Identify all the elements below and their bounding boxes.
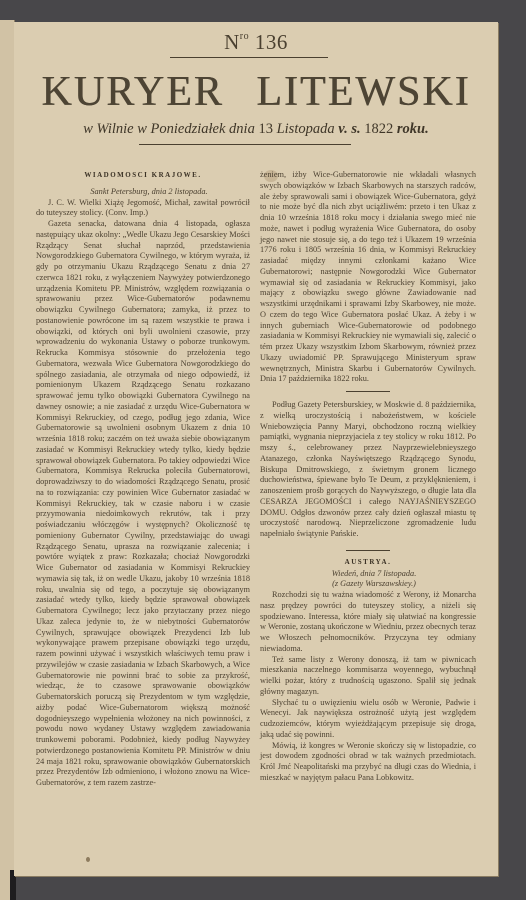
dateline-suffix: roku. xyxy=(397,121,429,137)
issue-number-suffix: ro xyxy=(240,31,249,42)
article-separator xyxy=(346,550,390,551)
article-separator xyxy=(346,391,390,392)
right-column: żeniem, iżby Wice-Gubernatorowie nie wkł… xyxy=(260,170,476,784)
article-paragraph: Podług Gazety Petersburskiey, w Moskwie … xyxy=(260,400,476,540)
issue-number: Nro 136 xyxy=(14,30,498,55)
dateline-style: v. s. xyxy=(338,121,360,137)
article-paragraph: Rozchodzi się tu ważna wiadomość z Weron… xyxy=(260,590,476,655)
article-paragraph: Mówią, iż kongres w Weronie skończy się … xyxy=(260,741,476,784)
left-column: WIADOMOSCI KRAJOWE. Sankt Petersburg, dn… xyxy=(36,170,250,789)
dateline-year: 1822 xyxy=(364,121,393,137)
newspaper-page: Nro 136 KURYER LITEWSKI w Wilnie w Ponie… xyxy=(14,22,498,876)
newspaper-title: KURYER LITEWSKI xyxy=(14,68,498,116)
place-dateline: Wiedeń, dnia 7 listopada. xyxy=(260,569,476,580)
place-dateline: Sankt Petersburg, dnia 2 listopada. xyxy=(36,187,250,198)
dateline-month: Listopada xyxy=(277,121,335,137)
article-paragraph: Słychać tu o uwięzieniu wielu osób w Wer… xyxy=(260,698,476,741)
dateline: w Wilnie w Poniedziałek dnia 13 Listopad… xyxy=(14,121,498,138)
masthead-rule-bottom xyxy=(139,144,351,145)
article-paragraph: Gazeta senacka, datowana dnia 4 listopad… xyxy=(36,219,250,789)
paper-speck xyxy=(86,857,90,862)
issue-number-prefix: N xyxy=(224,30,240,54)
section-heading-domestic: WIADOMOSCI KRAJOWE. xyxy=(36,170,250,181)
article-paragraph: J. C. W. Wielki Xiążę Jegomość, Michał, … xyxy=(36,198,250,220)
article-paragraph: Też same listy z Werony donoszą, iż tam … xyxy=(260,655,476,698)
article-paragraph: żeniem, iżby Wice-Gubernatorowie nie wkł… xyxy=(260,170,476,385)
dateline-prefix: w Wilnie w Poniedziałek dnia xyxy=(83,121,255,137)
dateline-day: 13 xyxy=(258,121,273,137)
issue-number-value: 136 xyxy=(255,30,288,54)
section-heading-austria: AUSTRYA. xyxy=(260,557,476,568)
masthead-rule-top xyxy=(170,57,328,58)
source-note: (z Gazety Warszawskiey.) xyxy=(260,579,476,590)
adjacent-page-edge xyxy=(0,20,15,900)
